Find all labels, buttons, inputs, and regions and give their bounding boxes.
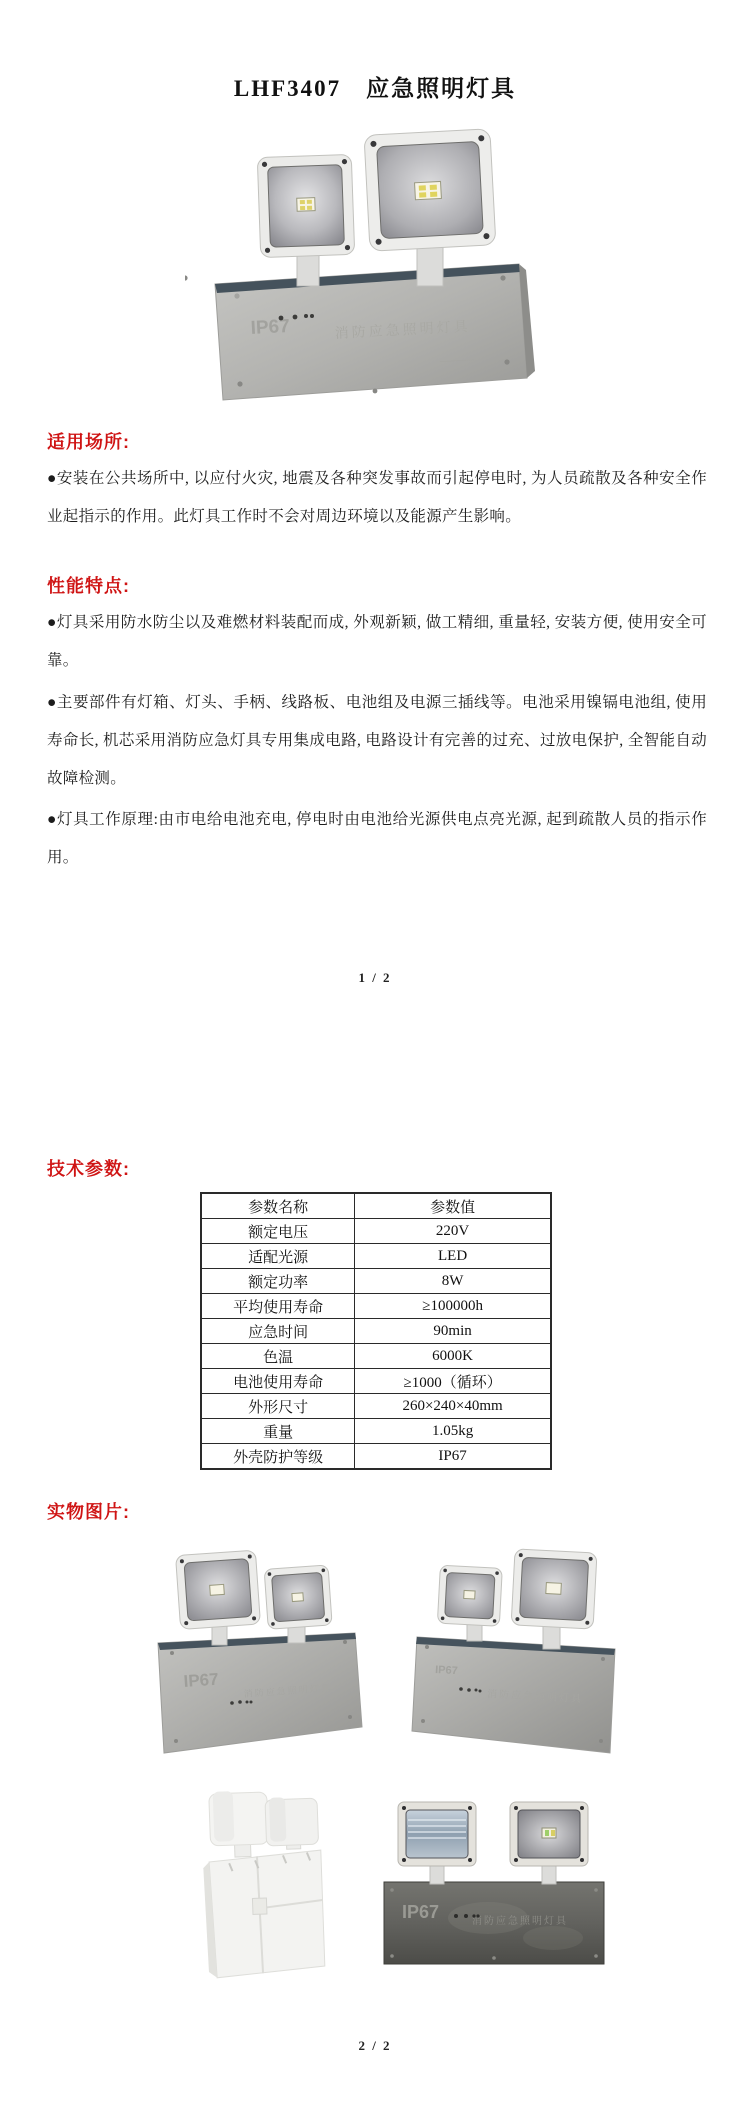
lamp-rear: [201, 1790, 325, 1978]
lamp-box: IP67 消防应急照明灯具: [158, 1633, 362, 1753]
svg-text:──────: ──────: [439, 355, 475, 366]
lamp-box: IP67 消防应急照明灯具: [412, 1637, 615, 1753]
lamp-head-right: [264, 1565, 332, 1629]
product-photo-angled-left: IP67 消防应急照明灯具: [140, 1545, 390, 1763]
ip-etch: IP67: [183, 1670, 219, 1691]
features-paragraph-3: ●灯具工作原理:由市电给电池充电, 停电时由电池给光源供电点亮光源, 起到疏散人…: [47, 801, 707, 877]
product-photo-angled-right: IP67 消防应急照明灯具: [395, 1545, 640, 1763]
section-heading-applicable-places: 适用场所:: [47, 428, 130, 454]
page-number-2: 2 / 2: [0, 2038, 750, 2054]
param-value: 260×240×40mm: [355, 1394, 551, 1419]
param-name: 适配光源: [201, 1244, 355, 1269]
param-name: 色温: [201, 1344, 355, 1369]
table-row: 额定电压220V: [201, 1219, 551, 1244]
table-row: 应急时间90min: [201, 1319, 551, 1344]
product-datasheet-page: LHF3407 应急照明灯具 IP67 消防应急照明灯具: [0, 0, 750, 2121]
hero-product-photo: IP67 消防应急照明灯具 ──────: [185, 106, 565, 402]
page-number-1: 1 / 2: [0, 970, 750, 986]
hero-right-head: [364, 129, 496, 251]
param-name: 外形尺寸: [201, 1394, 355, 1419]
param-name: 平均使用寿命: [201, 1294, 355, 1319]
param-name: 额定电压: [201, 1219, 355, 1244]
param-value: 1.05kg: [355, 1419, 551, 1444]
hero-ip-etch: IP67: [250, 316, 290, 339]
tech-params-table: 参数名称 参数值 额定电压220V 适配光源LED 额定功率8W 平均使用寿命≥…: [200, 1192, 552, 1470]
param-value: LED: [355, 1244, 551, 1269]
table-row: 额定功率8W: [201, 1269, 551, 1294]
param-name: 电池使用寿命: [201, 1369, 355, 1394]
hero-lamp-box: IP67 消防应急照明灯具 ──────: [185, 264, 535, 400]
param-value: IP67: [355, 1444, 551, 1470]
lamp-head-left: [398, 1802, 476, 1866]
section-heading-features: 性能特点:: [47, 572, 130, 598]
lamp-head-right: [511, 1549, 597, 1629]
table-header-row: 参数名称 参数值: [201, 1193, 551, 1219]
param-value: ≥1000（循环）: [355, 1369, 551, 1394]
param-name: 额定功率: [201, 1269, 355, 1294]
features-paragraph-1: ●灯具采用防水防尘以及难燃材料装配而成, 外观新颖, 做工精细, 重量轻, 安装…: [47, 604, 707, 680]
param-name: 重量: [201, 1419, 355, 1444]
table-row: 外壳防护等级IP67: [201, 1444, 551, 1470]
col-header-name: 参数名称: [201, 1193, 355, 1219]
param-value: ≥100000h: [355, 1294, 551, 1319]
table-row: 外形尺寸260×240×40mm: [201, 1394, 551, 1419]
param-value: 6000K: [355, 1344, 551, 1369]
product-photo-rear-view: [196, 1790, 336, 1982]
section-heading-tech-params: 技术参数:: [47, 1155, 130, 1181]
param-value: 220V: [355, 1219, 551, 1244]
lamp-head-right: [510, 1802, 588, 1866]
table-row: 色温6000K: [201, 1344, 551, 1369]
plate-etch: 消防应急照明灯具: [472, 1914, 568, 1927]
param-name: 外壳防护等级: [201, 1444, 355, 1470]
col-header-value: 参数值: [355, 1193, 551, 1219]
lamp-head-left: [176, 1550, 261, 1629]
hero-right-stem: [417, 246, 443, 286]
page-title: LHF3407 应急照明灯具: [0, 70, 750, 103]
table-row: 重量1.05kg: [201, 1419, 551, 1444]
product-photo-front-view: IP67 消防应急照明灯具: [368, 1798, 618, 1970]
features-paragraph-2: ●主要部件有灯箱、灯头、手柄、线路板、电池组及电源三插线等。电池采用镍镉电池组,…: [47, 684, 707, 798]
table-row: 平均使用寿命≥100000h: [201, 1294, 551, 1319]
param-value: 90min: [355, 1319, 551, 1344]
table-row: 电池使用寿命≥1000（循环）: [201, 1369, 551, 1394]
ip-etch: IP67: [402, 1902, 439, 1922]
param-name: 应急时间: [201, 1319, 355, 1344]
section-heading-photos: 实物图片:: [47, 1498, 130, 1524]
param-value: 8W: [355, 1269, 551, 1294]
lamp-box: IP67 消防应急照明灯具: [384, 1882, 604, 1964]
ip-etch: IP67: [435, 1664, 458, 1677]
table-row: 适配光源LED: [201, 1244, 551, 1269]
hero-left-head: [257, 154, 354, 257]
hero-left-stem: [297, 254, 319, 286]
lamp-head-left: [437, 1565, 502, 1626]
applicable-places-paragraph: ●安装在公共场所中, 以应付火灾, 地震及各种突发事故而引起停电时, 为人员疏散…: [47, 460, 707, 536]
